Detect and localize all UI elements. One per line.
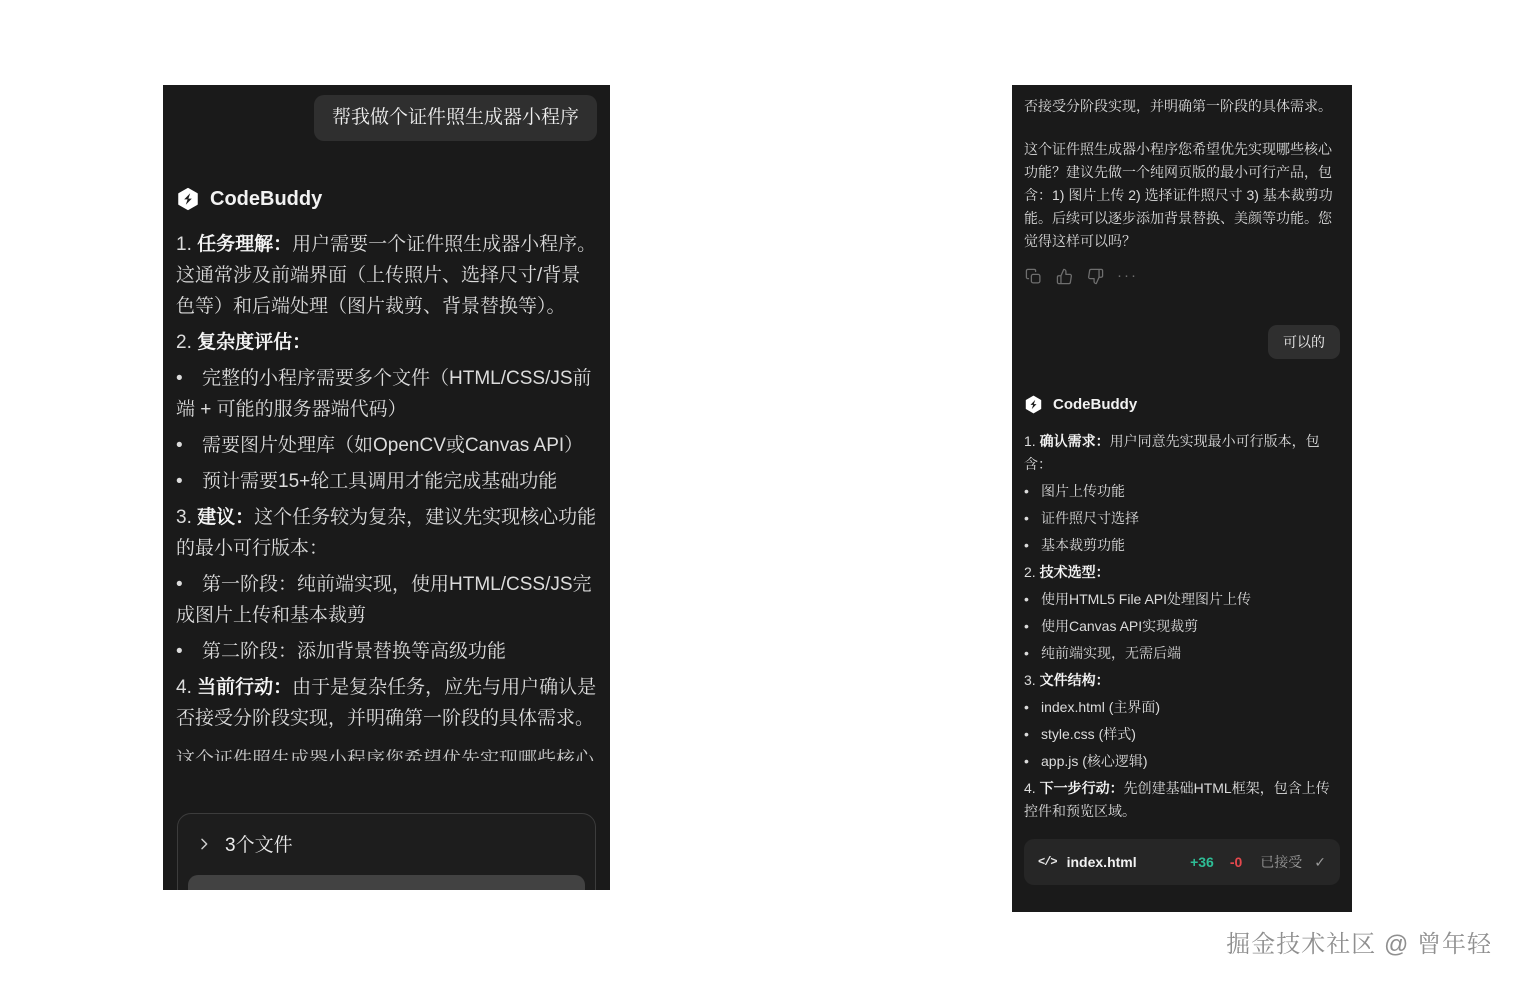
message-actions-row: ··· — [1024, 267, 1340, 285]
section-confirm-requirements: 1. 确认需求：用户同意先实现最小可行版本，包含： — [1024, 430, 1340, 476]
codebuddy-logo-icon — [176, 187, 200, 211]
list-item: 纯前端实现，无需后端 — [1024, 642, 1340, 665]
list-item: index.html (主界面) — [1024, 696, 1340, 719]
user-message-row: 帮我做个证件照生成器小程序 — [176, 95, 597, 141]
file-diff-chip[interactable]: </> index.html +36 -0 已接受 ✓ — [1024, 839, 1340, 885]
page: 帮我做个证件照生成器小程序 CodeBuddy 1. 任务理解：用户需要一个证件… — [0, 0, 1520, 982]
list-item: 基本裁剪功能 — [1024, 534, 1340, 557]
list-item: 预计需要15+轮工具调用才能完成基础功能 — [176, 466, 597, 497]
assistant-question-paragraph: 这个证件照生成器小程序您希望优先实现哪些核心功能？建议先做一个纯网页版的最小可行… — [1024, 138, 1340, 253]
list-item: style.css (样式) — [1024, 723, 1340, 746]
codebuddy-logo-icon — [1024, 395, 1043, 414]
section-next-step: 4. 下一步行动：先创建基础HTML框架，包含上传控件和预览区域。 — [1024, 777, 1340, 823]
section-suggestion: 3. 建议：这个任务较为复杂，建议先实现核心功能的最小可行版本： — [176, 502, 597, 564]
left-chat-panel: 帮我做个证件照生成器小程序 CodeBuddy 1. 任务理解：用户需要一个证件… — [163, 85, 610, 890]
files-toggle-row[interactable]: 3个文件 — [178, 814, 595, 869]
user-message-row: 可以的 — [1024, 325, 1340, 359]
assistant-message-body: 1. 确认需求：用户同意先实现最小可行版本，包含： 图片上传功能 证件照尺寸选择… — [1024, 430, 1340, 823]
accepted-status: 已接受 — [1260, 852, 1302, 872]
right-chat-panel: 否接受分阶段实现，并明确第一阶段的具体需求。 这个证件照生成器小程序您希望优先实… — [1012, 85, 1352, 912]
user-message-bubble: 可以的 — [1268, 325, 1340, 359]
thumbs-down-icon[interactable] — [1086, 267, 1104, 285]
assistant-paragraph-continued: 否接受分阶段实现，并明确第一阶段的具体需求。 — [1024, 95, 1340, 118]
list-item: 使用Canvas API实现裁剪 — [1024, 615, 1340, 638]
list-item: 图片上传功能 — [1024, 480, 1340, 503]
list-item: app.js (核心逻辑) — [1024, 750, 1340, 773]
section-task-understanding: 1. 任务理解：用户需要一个证件照生成器小程序。这通常涉及前端界面（上传照片、选… — [176, 229, 597, 322]
list-item: 第二阶段：添加背景替换等高级功能 — [176, 636, 597, 667]
chevron-right-icon — [196, 836, 212, 852]
section-file-structure: 3. 文件结构： — [1024, 669, 1340, 692]
clipped-text-line: 这个证件照生成器小程序您希望优先实现哪些核心 — [176, 744, 597, 761]
files-toggle-label: 3个文件 — [225, 830, 293, 857]
collapsed-code-block — [188, 875, 585, 890]
assistant-message-body: 1. 任务理解：用户需要一个证件照生成器小程序。这通常涉及前端界面（上传照片、选… — [176, 229, 597, 761]
diff-deletions: -0 — [1230, 854, 1242, 870]
assistant-name: CodeBuddy — [1053, 396, 1137, 413]
files-toggle-card[interactable]: 3个文件 — [177, 813, 596, 890]
watermark: 掘金技术社区 @ 曾年轻 — [1226, 924, 1492, 959]
list-item: 第一阶段：纯前端实现，使用HTML/CSS/JS完成图片上传和基本裁剪 — [176, 569, 597, 631]
more-options-icon[interactable]: ··· — [1117, 271, 1138, 281]
thumbs-up-icon[interactable] — [1055, 267, 1073, 285]
assistant-name: CodeBuddy — [210, 188, 322, 211]
diff-additions: +36 — [1190, 854, 1214, 870]
assistant-header: CodeBuddy — [176, 187, 597, 211]
list-item: 需要图片处理库（如OpenCV或Canvas API） — [176, 430, 597, 461]
check-icon: ✓ — [1314, 854, 1326, 871]
section-complexity: 2. 复杂度评估： — [176, 327, 597, 358]
section-current-action: 4. 当前行动：由于是复杂任务，应先与用户确认是否接受分阶段实现，并明确第一阶段… — [176, 672, 597, 734]
list-item: 完整的小程序需要多个文件（HTML/CSS/JS前端 + 可能的服务器端代码） — [176, 363, 597, 425]
list-item: 证件照尺寸选择 — [1024, 507, 1340, 530]
code-icon: </> — [1038, 855, 1057, 869]
file-name: index.html — [1067, 854, 1182, 870]
section-tech-selection: 2. 技术选型： — [1024, 561, 1340, 584]
copy-icon[interactable] — [1024, 267, 1042, 285]
assistant-header: CodeBuddy — [1024, 395, 1340, 414]
list-item: 使用HTML5 File API处理图片上传 — [1024, 588, 1340, 611]
user-message-bubble: 帮我做个证件照生成器小程序 — [314, 95, 597, 141]
